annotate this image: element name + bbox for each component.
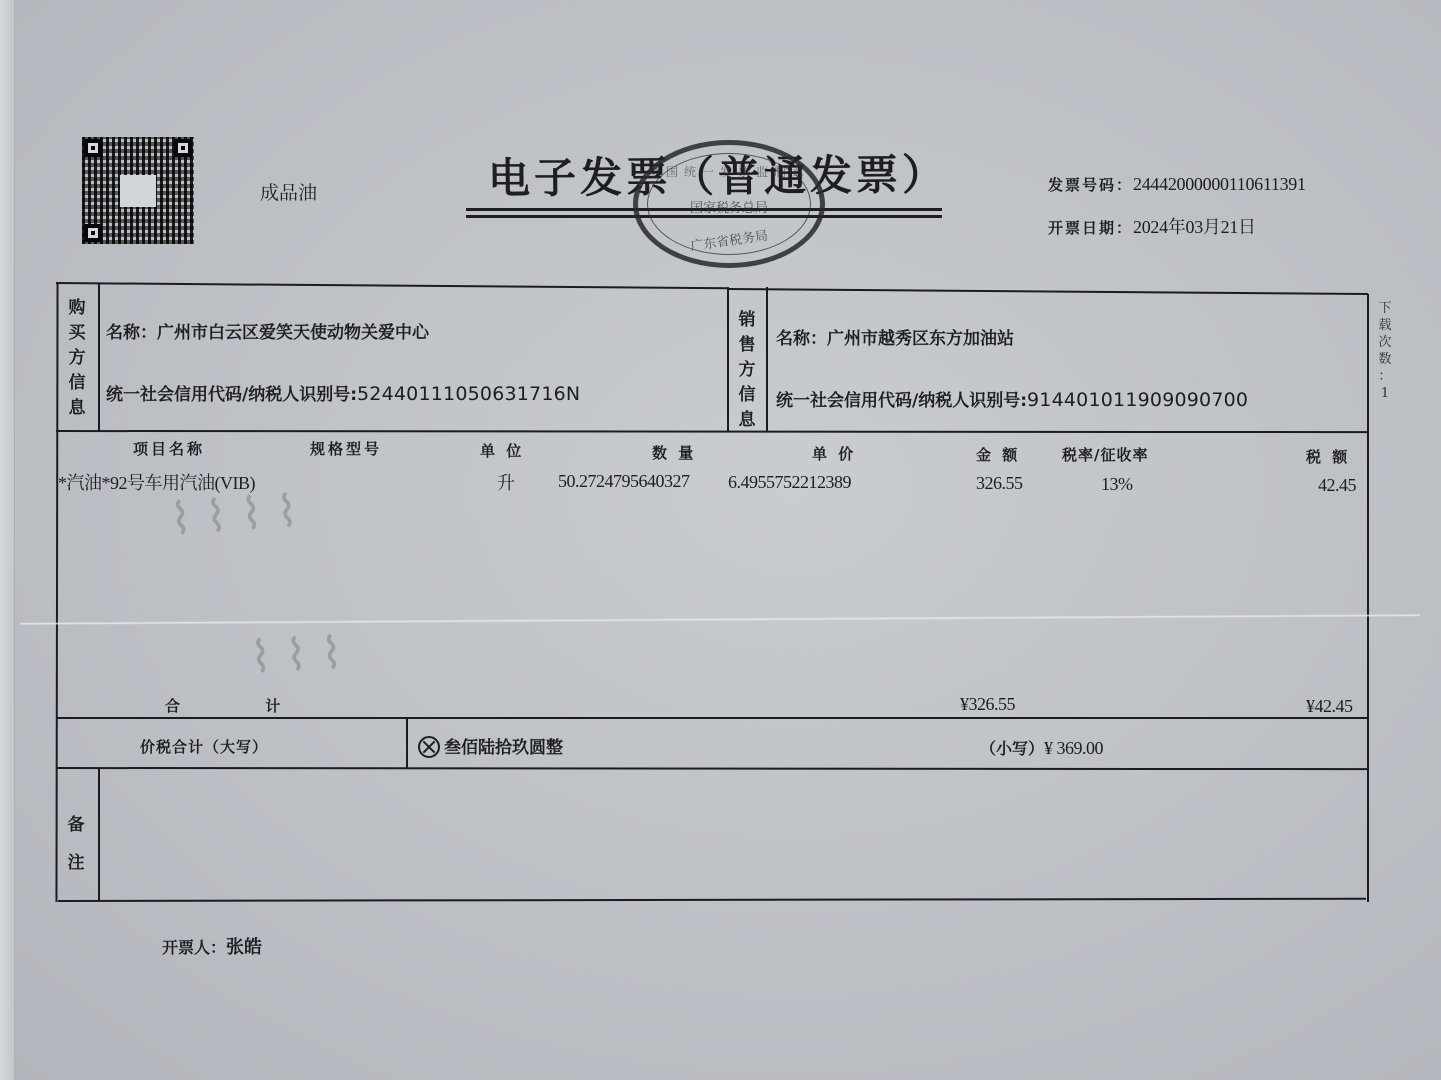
grand-total-small: （小写）¥ 369.00: [980, 736, 1103, 759]
total-tax: ¥42.45: [1306, 696, 1353, 717]
header-tax-rate: 税率/征收率: [1062, 444, 1148, 465]
grand-total-words-value: 叁佰陆拾玖圆整: [444, 738, 563, 758]
invoice-number-value: 24442000000110611391: [1133, 174, 1306, 194]
pencil-marks: ⌇ ⌇ ⌇: [249, 628, 344, 684]
tax-bureau-seal: 全国统一发票监制章 国家税务总局 广东省税务局: [633, 140, 825, 268]
download-count-note: 下载次数：1: [1375, 300, 1395, 402]
remarks-label: 备 注: [64, 806, 88, 882]
item-tax: 42.45: [1318, 475, 1356, 496]
item-tax-rate: 13%: [1101, 474, 1133, 495]
qr-finder-icon: [84, 139, 102, 157]
total-label: 合 计: [165, 695, 283, 716]
remarks-content: [110, 780, 1350, 890]
header-unit-price: 单 价: [812, 443, 856, 464]
header-unit: 单 位: [480, 440, 524, 461]
seller-name-value: 广州市越秀区东方加油站: [827, 329, 1014, 349]
qr-finder-icon: [174, 139, 192, 157]
invoice-date: 开票日期：2024年03月21日: [1048, 213, 1256, 239]
invoice-category: 成品油: [260, 178, 317, 205]
qr-finder-icon: [84, 224, 102, 242]
pencil-marks: ⌇ ⌇ ⌇ ⌇: [168, 486, 299, 546]
issuer-name: 张皓: [226, 937, 262, 958]
item-unit-price: 6.4955752212389: [728, 472, 851, 493]
issuer: 开票人：张皓: [162, 933, 262, 959]
seal-arc-text: 全国统一发票监制章: [638, 163, 820, 180]
header-quantity: 数 量: [652, 442, 696, 463]
header-amount: 金 额: [976, 444, 1020, 465]
invoice-date-value: 2024年03月21日: [1133, 217, 1256, 237]
item-quantity: 50.2724795640327: [558, 471, 690, 492]
buyer-name: 名称：广州市白云区爱笑天使动物关爱中心: [106, 318, 429, 343]
header-tax: 税 额: [1306, 446, 1350, 467]
buyer-tax-id-value: 52440111050631716N: [357, 383, 580, 405]
qr-center-blank: [120, 175, 156, 207]
buyer-section-label: 购 买 方 信 息: [65, 296, 89, 421]
buyer-name-value: 广州市白云区爱笑天使动物关爱中心: [157, 323, 429, 343]
header-spec: 规格型号: [310, 438, 382, 459]
seller-tax-id-value: 914401011909090700: [1027, 389, 1248, 411]
seller-section-label: 销 售 方 信 息: [735, 308, 759, 433]
paper-fold: [20, 614, 1420, 626]
paper-edge: [0, 0, 15, 1080]
total-amount: ¥326.55: [960, 694, 1015, 715]
seller-name: 名称：广州市越秀区东方加油站: [776, 324, 1014, 349]
grand-total-words: 叁佰陆拾玖圆整: [418, 733, 563, 758]
circled-x-icon: [418, 736, 440, 758]
header-item-name: 项目名称: [133, 438, 205, 459]
grand-total-words-label: 价税合计（大写）: [140, 736, 268, 757]
qr-code: [82, 137, 194, 244]
buyer-tax-id: 统一社会信用代码/纳税人识别号:52440111050631716N: [106, 380, 580, 405]
seal-line1: 国家税务总局: [638, 197, 820, 216]
seller-tax-id: 统一社会信用代码/纳税人识别号:914401011909090700: [776, 386, 1248, 411]
invoice-number: 发票号码：24442000000110611391: [1048, 174, 1306, 195]
item-amount: 326.55: [976, 473, 1023, 494]
item-unit: 升: [497, 469, 515, 495]
grand-total-small-value: ¥ 369.00: [1044, 738, 1103, 758]
